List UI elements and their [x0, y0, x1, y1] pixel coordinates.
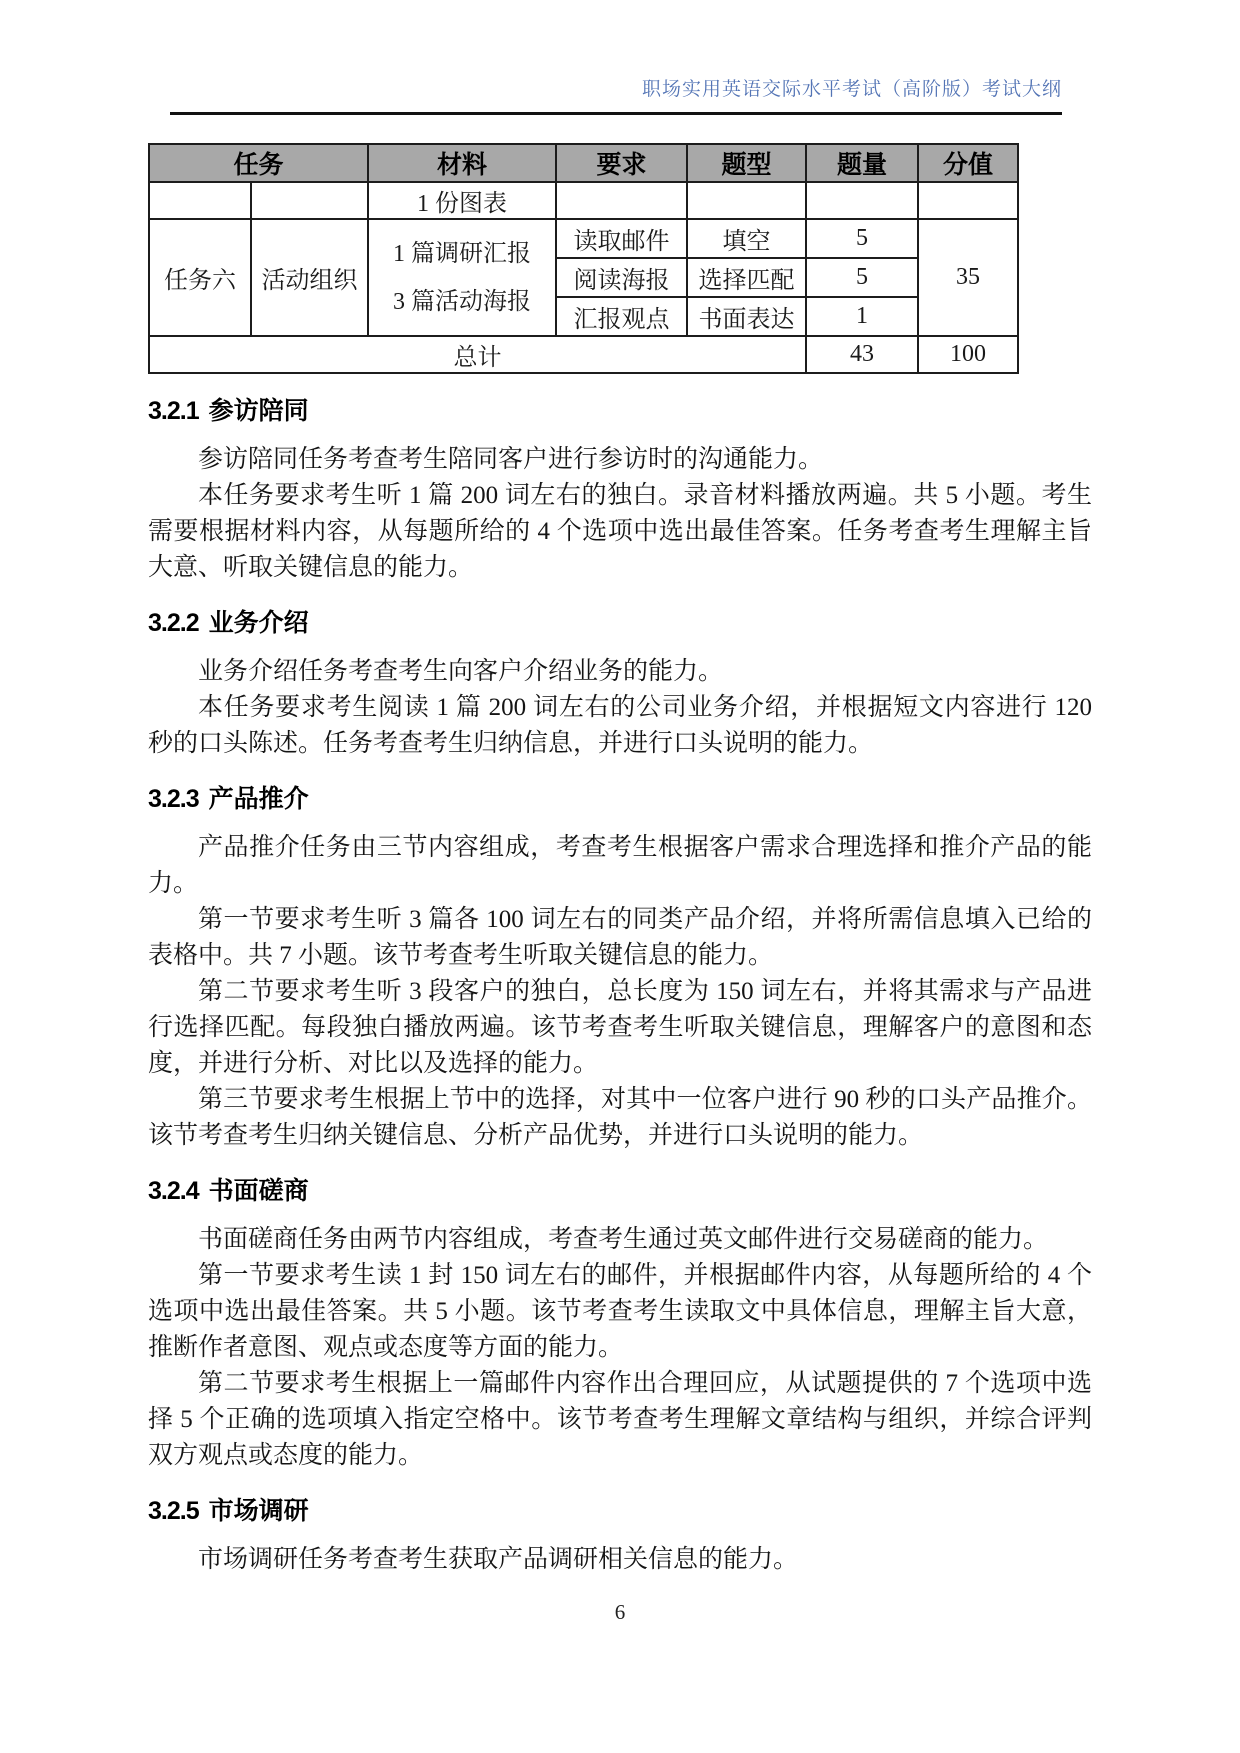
section-number: 3.2.4: [148, 1177, 199, 1205]
section-heading: 3.2.3产品推介: [148, 782, 1092, 816]
page-number: 6: [615, 1600, 626, 1624]
section-heading: 3.2.2业务介绍: [148, 606, 1092, 640]
total-label-cell: 总计: [149, 336, 806, 373]
paragraph: 参访陪同任务考查考生陪同客户进行参访时的沟通能力。: [148, 442, 1092, 478]
page-content: 任务 材料 要求 题型 题量 分值 1 份图表 任务六 活动组织 1: [148, 143, 1092, 1625]
question-count-cell: 5: [806, 258, 918, 297]
paragraph: 第二节要求考生根据上一篇邮件内容作出合理回应，从试题提供的 7 个选项中选择 5…: [148, 1366, 1092, 1474]
material-cell: 1 份图表: [368, 182, 556, 219]
section-number: 3.2.5: [148, 1497, 199, 1525]
header-cell-question-count: 题量: [806, 144, 918, 182]
table-header-row: 任务 材料 要求 题型 题量 分值: [149, 144, 1018, 182]
question-count-cell: 5: [806, 219, 918, 258]
empty-cell: [687, 182, 806, 219]
section-3-2-4: 3.2.4书面磋商 书面磋商任务由两节内容组成，考查考生通过英文邮件进行交易磋商…: [148, 1174, 1092, 1474]
paragraph: 第一节要求考生听 3 篇各 100 词左右的同类产品介绍，并将所需信息填入已给的…: [148, 902, 1092, 974]
header-cell-score: 分值: [918, 144, 1018, 182]
section-number: 3.2.2: [148, 609, 199, 637]
page-title: 职场实用英语交际水平考试（高阶版）考试大纲: [642, 79, 1062, 100]
task-name-cell: 活动组织: [251, 219, 368, 336]
material-line: 1 篇调研汇报: [393, 241, 531, 267]
paragraph: 本任务要求考生阅读 1 篇 200 词左右的公司业务介绍，并根据短文内容进行 1…: [148, 690, 1092, 762]
section-3-2-3: 3.2.3产品推介 产品推介任务由三节内容组成，考查考生根据客户需求合理选择和推…: [148, 782, 1092, 1154]
empty-cell: [806, 182, 918, 219]
question-type-cell: 填空: [687, 219, 806, 258]
section-title: 参访陪同: [209, 397, 309, 425]
paragraph: 市场调研任务考查考生获取产品调研相关信息的能力。: [148, 1542, 1092, 1578]
paragraph: 第三节要求考生根据上节中的选择，对其中一位客户进行 90 秒的口头产品推介。该节…: [148, 1082, 1092, 1154]
question-type-cell: 书面表达: [687, 297, 806, 336]
paragraph: 第二节要求考生听 3 段客户的独白，总长度为 150 词左右，并将其需求与产品进…: [148, 974, 1092, 1082]
page-footer: 6: [148, 1600, 1092, 1625]
question-count-cell: 1: [806, 297, 918, 336]
paragraph: 书面磋商任务由两节内容组成，考查考生通过英文邮件进行交易磋商的能力。: [148, 1222, 1092, 1258]
empty-cell: [918, 182, 1018, 219]
section-heading: 3.2.5市场调研: [148, 1494, 1092, 1528]
material-line: 3 篇活动海报: [393, 289, 531, 315]
section-3-2-1: 3.2.1参访陪同 参访陪同任务考查考生陪同客户进行参访时的沟通能力。 本任务要…: [148, 394, 1092, 586]
document-page: 职场实用英语交际水平考试（高阶版）考试大纲 任务 材料 要求 题型 题量 分值 …: [0, 0, 1240, 1753]
header-cell-question-type: 题型: [687, 144, 806, 182]
paragraph: 第一节要求考生读 1 封 150 词左右的邮件，并根据邮件内容，从每题所给的 4…: [148, 1258, 1092, 1366]
total-score-cell: 100: [918, 336, 1018, 373]
section-3-2-2: 3.2.2业务介绍 业务介绍任务考查考生向客户介绍业务的能力。 本任务要求考生阅…: [148, 606, 1092, 762]
material-cell: 1 篇调研汇报 3 篇活动海报: [368, 219, 556, 336]
score-cell: 35: [918, 219, 1018, 336]
section-title: 市场调研: [209, 1497, 309, 1525]
section-number: 3.2.3: [148, 785, 199, 813]
total-row: 总计 43 100: [149, 336, 1018, 373]
empty-cell: [251, 182, 368, 219]
requirement-cell: 读取邮件: [556, 219, 687, 258]
question-type-cell: 选择匹配: [687, 258, 806, 297]
header-rule: [170, 112, 1062, 115]
header-cell-task: 任务: [149, 144, 368, 182]
carryover-row: 1 份图表: [149, 182, 1018, 219]
section-heading: 3.2.4书面磋商: [148, 1174, 1092, 1208]
section-heading: 3.2.1参访陪同: [148, 394, 1092, 428]
requirement-cell: 汇报观点: [556, 297, 687, 336]
task-no-cell: 任务六: [149, 219, 251, 336]
paragraph: 产品推介任务由三节内容组成，考查考生根据客户需求合理选择和推介产品的能力。: [148, 830, 1092, 902]
page-header: 职场实用英语交际水平考试（高阶版）考试大纲: [170, 0, 1062, 102]
paragraph: 业务介绍任务考查考生向客户介绍业务的能力。: [148, 654, 1092, 690]
empty-cell: [556, 182, 687, 219]
paragraph: 本任务要求考生听 1 篇 200 词左右的独白。录音材料播放两遍。共 5 小题。…: [148, 478, 1092, 586]
empty-cell: [149, 182, 251, 219]
total-count-cell: 43: [806, 336, 918, 373]
exam-structure-table: 任务 材料 要求 题型 题量 分值 1 份图表 任务六 活动组织 1: [148, 143, 1019, 374]
requirement-cell: 阅读海报: [556, 258, 687, 297]
header-cell-material: 材料: [368, 144, 556, 182]
section-title: 业务介绍: [209, 609, 309, 637]
section-number: 3.2.1: [148, 397, 199, 425]
section-3-2-5: 3.2.5市场调研 市场调研任务考查考生获取产品调研相关信息的能力。: [148, 1494, 1092, 1578]
section-title: 书面磋商: [209, 1177, 309, 1205]
header-cell-requirement: 要求: [556, 144, 687, 182]
task-row: 任务六 活动组织 1 篇调研汇报 3 篇活动海报 读取邮件 填空 5 35: [149, 219, 1018, 258]
section-title: 产品推介: [209, 785, 309, 813]
